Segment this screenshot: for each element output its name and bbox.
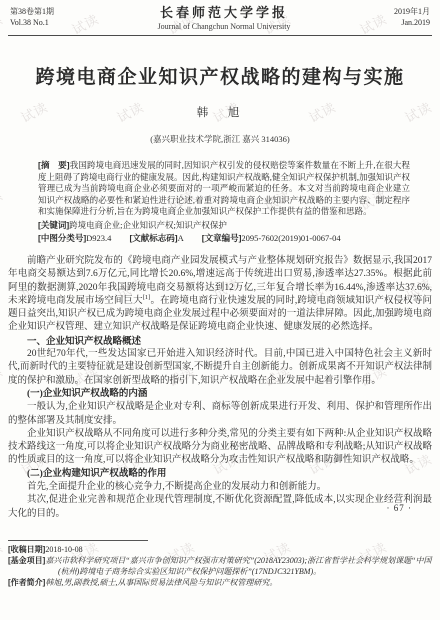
journal-name-cn: 长春师范大学学报 (158, 6, 291, 20)
author-name: 韩 旭 (0, 104, 440, 120)
body-paragraph: 企业知识产权战略从不同角度可以进行多种分类,常见的分类主要有如下两种:从企业知识… (8, 428, 432, 468)
abstract-label: [摘 要] (38, 160, 70, 170)
abstract: [摘 要]我国跨境电商迅速发展的同时,因知识产权引发的侵权赔偿等案件数量在不断上… (38, 160, 410, 218)
fund-project-label: [基金项目] (8, 556, 45, 565)
subsection-heading-2: (二)企业构建知识产权战略的作用 (8, 468, 432, 481)
author-bio-label: [作者简介] (8, 578, 45, 587)
volume-cn: 第38卷第1期 (10, 6, 54, 17)
footnote-area: [收稿日期]2018-10-08 [基金项目]嘉兴市软科学研究项目“嘉兴市争创知… (8, 540, 432, 588)
page-number: · 67 · (387, 503, 413, 513)
header-divider (8, 35, 432, 36)
fund-project-row: [基金项目]嘉兴市软科学研究项目“嘉兴市争创知识产权强市对策研究”(2018AY… (8, 555, 432, 577)
author-affiliation: (嘉兴职业技术学院,浙江 嘉兴 314036) (0, 133, 440, 145)
article-body: 前瞻产业研究院发布的《跨境电商产业园发展模式与产业整体规划研究报告》数据显示,我… (8, 255, 432, 521)
clc-value: D923.4 (86, 233, 111, 243)
classification-line: [中图分类号]D923.4[文献标志码]A[文章编号]2095-7602(201… (38, 232, 410, 244)
header-volume-block: 第38卷第1期 Vol.38 No.1 (10, 6, 54, 28)
doc-code-value: A (178, 233, 184, 243)
body-paragraph: 其次,促进企业完善和规范企业现代管理制度,不断优化资源配置,降低成本,以实现企业… (8, 494, 432, 521)
received-date-label: [收稿日期] (8, 545, 45, 554)
footnote-divider (8, 540, 148, 541)
received-date-row: [收稿日期]2018-10-08 (8, 544, 432, 555)
watermark-text: 试读 (0, 537, 6, 567)
clc-label: [中图分类号] (38, 233, 86, 243)
body-paragraph: 20世纪70年代,一些发达国家已开始进入知识经济时代。目前,中国已进入中国特色社… (8, 348, 432, 388)
date-cn: 2019年1月 (394, 6, 430, 17)
header-journal-block: 长春师范大学学报 Journal of Changchun Normal Uni… (158, 6, 291, 32)
received-date-value: 2018-10-08 (45, 545, 82, 554)
keywords-text: 跨境电商企业;企业知识产权;知识产权保护 (69, 220, 227, 230)
page-title: 跨境电商企业知识产权战略的建构与实施 (0, 62, 440, 89)
body-paragraph: 一般认为,企业知识产权战略是企业对专利、商标等创新成果进行开发、利用、保护和管理… (8, 401, 432, 428)
body-paragraph: 首先,全面提升企业的核心竞争力,不断提高企业的发展动力和创新能力。 (8, 481, 432, 494)
keywords-line: [关键词]跨境电商企业;企业知识产权;知识产权保护 (38, 219, 410, 231)
author-bio-text: 韩旭,男,副教授,硕士,从事国际贸易法律风险与知识产权管理研究。 (45, 578, 277, 587)
doc-code-label: [文献标志码] (129, 233, 177, 243)
body-paragraph: 前瞻产业研究院发布的《跨境电商产业园发展模式与产业整体规划研究报告》数据显示,我… (8, 255, 432, 335)
abstract-text: 我国跨境电商迅速发展的同时,因知识产权引发的侵权赔偿等案件数量在不断上升,在很大… (38, 160, 410, 216)
article-id-label: [文章编号] (202, 233, 242, 243)
header-date-block: 2019年1月 Jan.2019 (394, 6, 430, 28)
section-heading-1: 一、企业知识产权战略概述 (8, 335, 432, 348)
fund-project-text: 嘉兴市软科学研究项目“嘉兴市争创知识产权强市对策研究”(2018AY23003)… (45, 556, 431, 576)
journal-header: 第38卷第1期 Vol.38 No.1 长春师范大学学报 Journal of … (0, 0, 440, 32)
subsection-heading-1: (一)企业知识产权战略的内涵 (8, 388, 432, 401)
journal-page: 试读试读试读试读试读试读试读试读试读试读试读试读试读试读试读试读试读试读试读试读… (0, 0, 440, 620)
author-bio-row: [作者简介]韩旭,男,副教授,硕士,从事国际贸易法律风险与知识产权管理研究。 (8, 577, 432, 588)
keywords-label: [关键词] (38, 220, 69, 230)
article-id-value: 2095-7602(2019)01-0067-04 (241, 233, 340, 243)
date-en: Jan.2019 (394, 17, 430, 28)
journal-name-en: Journal of Changchun Normal University (158, 21, 291, 32)
volume-en: Vol.38 No.1 (10, 17, 54, 28)
